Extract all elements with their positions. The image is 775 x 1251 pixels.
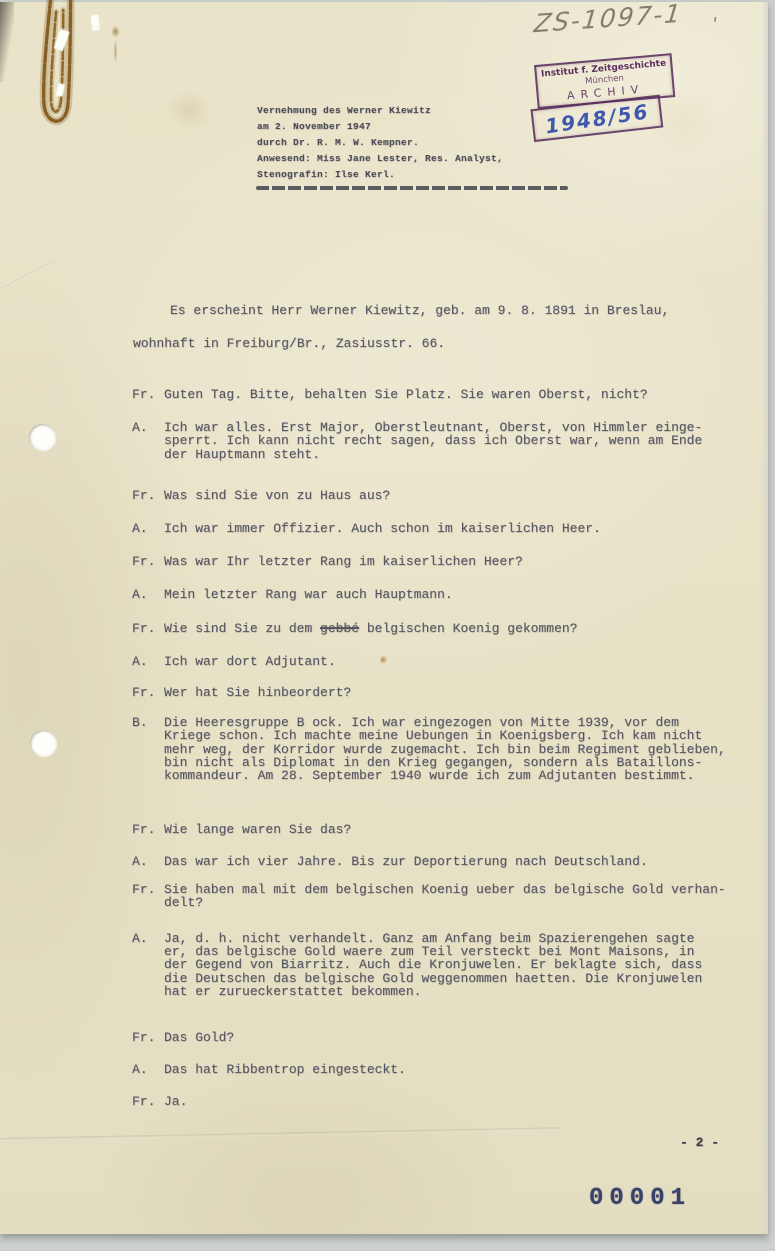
dialogue-entry: Fr.Wie sind Sie zu dem gebbé belgischen … [132, 622, 756, 635]
dialogue-entry: Fr.Das Gold? [132, 1031, 756, 1044]
dialogue-text: Wer hat Sie hinbeordert? [164, 686, 351, 699]
dialogue-text: Wie lange waren Sie das? [164, 823, 351, 836]
speaker-label: A. [132, 655, 164, 668]
dialogue-text: Sie haben mal mit dem belgischen Koenig … [164, 883, 726, 909]
dialogue-entry: B.Die Heeresgruppe B ock. Ich war eingez… [132, 716, 756, 782]
struck-out-word: gebbé [320, 621, 359, 636]
serial-number-stamp: 00001 [589, 1185, 691, 1212]
header-line: am 2. November 1947 [257, 119, 503, 135]
dialogue-text: Ja, d. h. nicht verhandelt. Ganz am Anfa… [164, 932, 702, 998]
dialogue-text: Ich war dort Adjutant. [164, 655, 336, 668]
dialogue-entry: A.Das war ich vier Jahre. Bis zur Deport… [132, 855, 756, 868]
speaker-label: Fr. [132, 489, 164, 502]
header-line: Vernehmung des Werner Kiewitz [257, 103, 503, 119]
dialogue-text: Das hat Ribbentrop eingesteckt. [164, 1063, 406, 1076]
paper-crease-top-left [0, 259, 53, 291]
dialogue-entry: A.Das hat Ribbentrop eingesteckt. [132, 1063, 756, 1076]
speaker-label: A. [132, 522, 164, 535]
dialogue-entry: A.Ich war dort Adjutant. [132, 655, 756, 668]
archive-stamp: Institut f. Zeitgeschichte München ARCHI… [534, 53, 678, 140]
speaker-label: Fr. [132, 686, 164, 699]
dialogue-text: Ja. [164, 1095, 187, 1108]
header-line: Stenografin: Ilse Kerl. [257, 167, 503, 183]
header-line: durch Dr. R. M. W. Kempner. [257, 135, 503, 151]
punch-hole-top [29, 424, 55, 450]
speaker-label: A. [132, 588, 164, 601]
paper-stain [166, 90, 212, 130]
speaker-label: Fr. [132, 883, 164, 896]
paper-gap-speck [91, 15, 100, 31]
punch-hole-bottom [30, 730, 56, 756]
speaker-label: Fr. [132, 388, 164, 401]
pencil-tick-mark: ' [711, 14, 719, 35]
dialogue-text: Wie sind Sie zu dem gebbé belgischen Koe… [164, 622, 577, 635]
speaker-label: Fr. [132, 555, 164, 568]
speaker-label: A. [132, 932, 164, 945]
dialogue-text: Mein letzter Rang war auch Hauptmann. [164, 588, 453, 601]
dialogue-text: Die Heeresgruppe B ock. Ich war eingezog… [164, 716, 726, 782]
dialogue-entry: A.Mein letzter Rang war auch Hauptmann. [132, 588, 756, 601]
dialogue-entry: Fr.Wer hat Sie hinbeordert? [132, 686, 756, 699]
intro-paragraph: Es erscheint Herr Werner Kiewitz, geb. a… [133, 294, 733, 360]
dialogue-text: Was sind Sie von zu Haus aus? [164, 489, 390, 502]
page-number: - 2 - [680, 1135, 719, 1150]
dialogue-entry: Fr.Was sind Sie von zu Haus aus? [132, 489, 756, 502]
dialogue-entry: Fr.Sie haben mal mit dem belgischen Koen… [132, 883, 756, 909]
speaker-label: Fr. [132, 1095, 164, 1108]
dialogue-text: Das Gold? [164, 1031, 234, 1044]
speaker-label: Fr. [132, 1031, 164, 1044]
dialogue-text: Guten Tag. Bitte, behalten Sie Platz. Si… [164, 388, 648, 401]
dialogue-transcript: Fr.Guten Tag. Bitte, behalten Sie Platz.… [132, 388, 756, 1129]
speaker-label: Fr. [132, 622, 164, 635]
scanned-document-page: ZS-1097-1 ' Institut f. Zeitgeschichte M… [0, 0, 775, 1251]
speaker-label: A. [132, 1063, 164, 1076]
pencil-annotation: ZS-1097-1 [533, 0, 684, 38]
dialogue-text: Das war ich vier Jahre. Bis zur Deportie… [164, 855, 648, 868]
dialogue-text: Was war Ihr letzter Rang im kaiserlichen… [164, 555, 523, 568]
dialogue-entry: A.Ja, d. h. nicht verhandelt. Ganz am An… [132, 932, 756, 998]
scan-edge-shadow [0, 2, 14, 82]
dialogue-entry: Fr.Guten Tag. Bitte, behalten Sie Platz.… [132, 388, 756, 401]
header-line: Anwesend: Miss Jane Lester, Res. Analyst… [257, 151, 503, 167]
paper-right-edge [761, 2, 768, 1234]
dialogue-text: Ich war alles. Erst Major, Oberstleutnan… [164, 421, 702, 461]
rust-drip-stain [109, 24, 122, 66]
paperclip-rust-mark [17, 0, 102, 149]
dialogue-entry: A.Ich war immer Offizier. Auch schon im … [132, 522, 756, 535]
dialogue-entry: Fr.Wie lange waren Sie das? [132, 823, 756, 836]
dialogue-text: Ich war immer Offizier. Auch schon im ka… [164, 522, 601, 535]
dialogue-entry: Fr.Ja. [132, 1095, 756, 1108]
speaker-label: B. [132, 716, 164, 729]
document-header: Vernehmung des Werner Kiewitz am 2. Nove… [257, 103, 503, 183]
dialogue-entry: Fr.Was war Ihr letzter Rang im kaiserlic… [132, 555, 756, 568]
typed-divider-line [256, 186, 568, 190]
paperclip-icon [17, 0, 102, 149]
paper-sheet: ZS-1097-1 ' Institut f. Zeitgeschichte M… [0, 2, 768, 1234]
speaker-label: A. [132, 855, 164, 868]
paper-crease-bottom [0, 1127, 560, 1141]
dialogue-entry: A.Ich war alles. Erst Major, Oberstleutn… [132, 421, 756, 461]
speaker-label: A. [132, 421, 164, 434]
speaker-label: Fr. [132, 823, 164, 836]
